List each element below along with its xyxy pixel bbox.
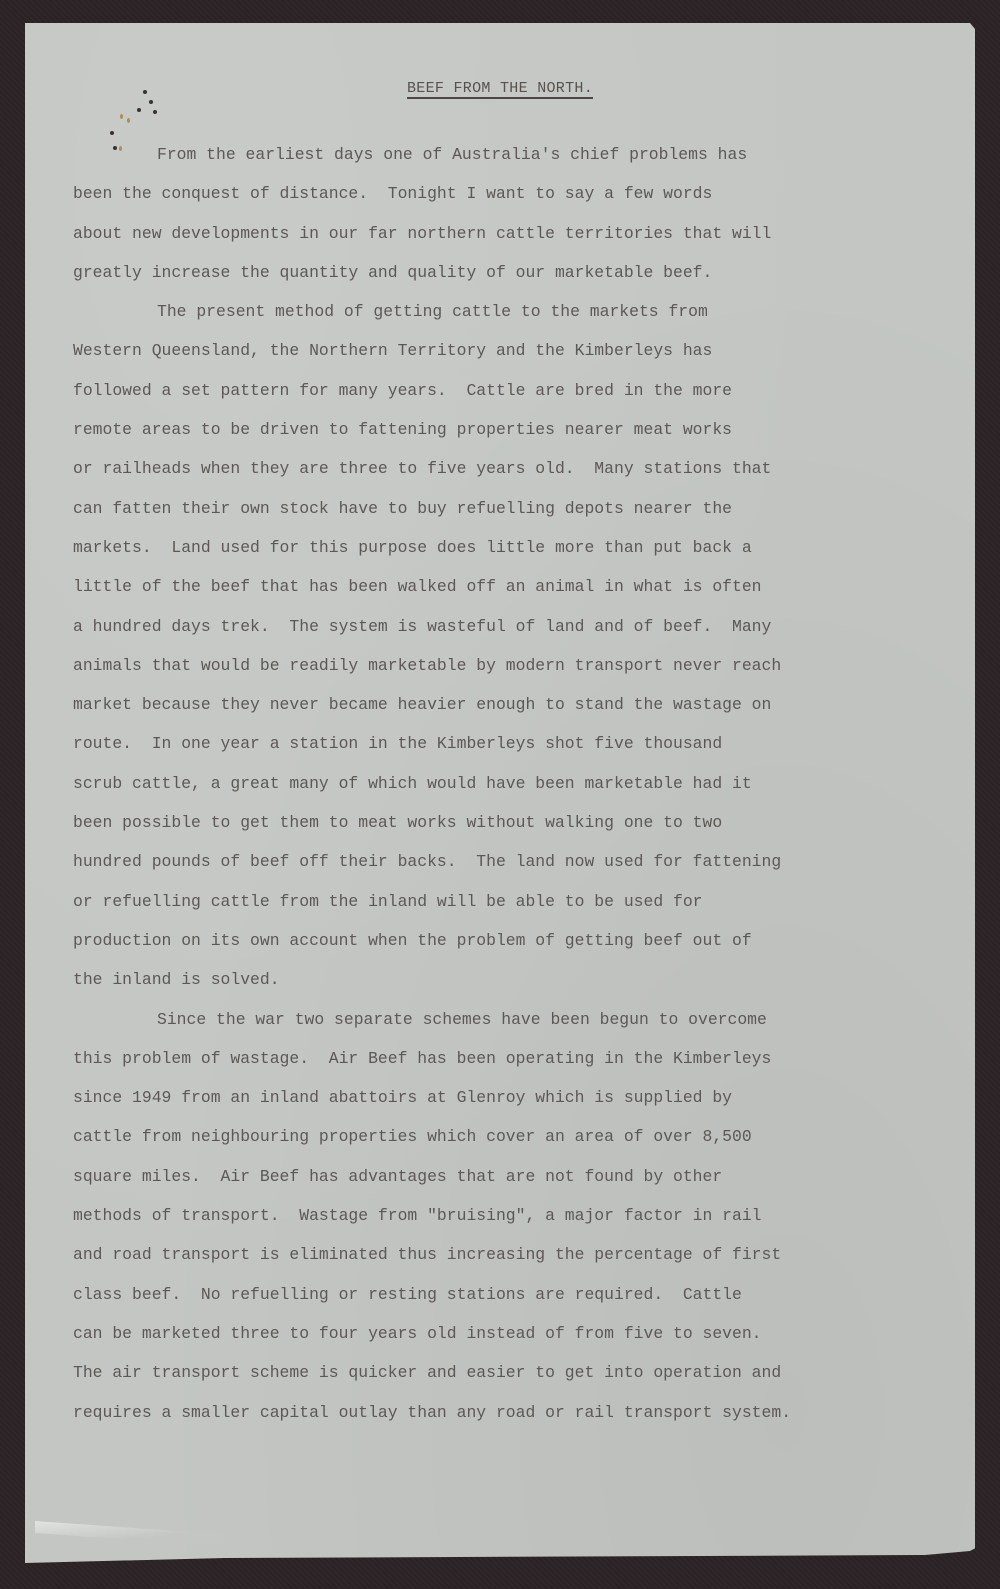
text-line: followed a set pattern for many years. C… (73, 371, 953, 410)
text-line: and road transport is eliminated thus in… (73, 1235, 953, 1274)
text-line: route. In one year a station in the Kimb… (73, 724, 953, 763)
text-line: the inland is solved. (73, 960, 953, 999)
paragraph-first-line: Since the war two separate schemes have … (73, 1000, 953, 1039)
text-line: can fatten their own stock have to buy r… (73, 489, 953, 528)
text-line: about new developments in our far northe… (73, 214, 953, 253)
text-line: or refuelling cattle from the inland wil… (73, 882, 953, 921)
text-line: markets. Land used for this purpose does… (73, 528, 953, 567)
text-line: animals that would be readily marketable… (73, 646, 953, 685)
document-title: BEEF FROM THE NORTH. (0, 80, 1000, 98)
text-line: requires a smaller capital outlay than a… (73, 1393, 953, 1432)
text-line: methods of transport. Wastage from "brui… (73, 1196, 953, 1235)
text-line: been the conquest of distance. Tonight I… (73, 174, 953, 213)
text-line: remote areas to be driven to fattening p… (73, 410, 953, 449)
text-line: little of the beef that has been walked … (73, 567, 953, 606)
text-line: a hundred days trek. The system is waste… (73, 607, 953, 646)
text-line: Western Queensland, the Northern Territo… (73, 331, 953, 370)
paragraph-first-line: From the earliest days one of Australia'… (73, 135, 953, 174)
text-line: greatly increase the quantity and qualit… (73, 253, 953, 292)
paragraph-first-line: The present method of getting cattle to … (73, 292, 953, 331)
text-line: cattle from neighbouring properties whic… (73, 1117, 953, 1156)
text-line: square miles. Air Beef has advantages th… (73, 1157, 953, 1196)
text-line: been possible to get them to meat works … (73, 803, 953, 842)
text-line: hundred pounds of beef off their backs. … (73, 842, 953, 881)
document-title-text: BEEF FROM THE NORTH. (407, 80, 593, 99)
text-line: production on its own account when the p… (73, 921, 953, 960)
text-line: class beef. No refuelling or resting sta… (73, 1275, 953, 1314)
text-line: since 1949 from an inland abattoirs at G… (73, 1078, 953, 1117)
document-body: From the earliest days one of Australia'… (73, 135, 953, 1432)
text-line: this problem of wastage. Air Beef has be… (73, 1039, 953, 1078)
text-line: or railheads when they are three to five… (73, 449, 953, 488)
text-line: The air transport scheme is quicker and … (73, 1353, 953, 1392)
text-line: scrub cattle, a great many of which woul… (73, 764, 953, 803)
text-line: market because they never became heavier… (73, 685, 953, 724)
text-line: can be marketed three to four years old … (73, 1314, 953, 1353)
